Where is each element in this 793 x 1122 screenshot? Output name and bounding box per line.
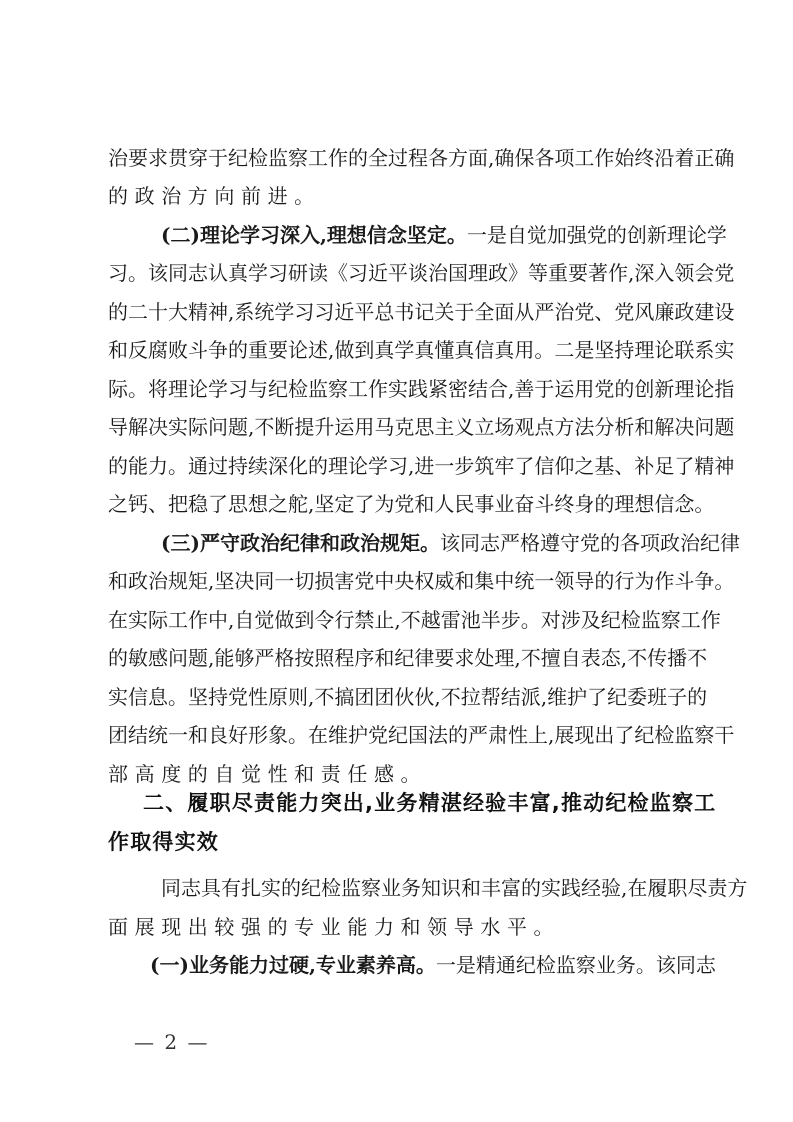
paragraph-line: 治要求贯穿于纪检监察工作的全过程各方面,确保各项工作始终沿着正确 <box>108 139 696 177</box>
paragraph-line: 的二十大精神,系统学习习近平总书记关于全面从严治党、党风廉政建设 <box>108 293 696 331</box>
paragraph-line: (二)理论学习深入,理想信念坚定。一是自觉加强党的创新理论学 <box>161 216 696 254</box>
section-heading-text-continued: 作取得实效 <box>108 823 219 861</box>
section-heading-line-2: 作取得实效 <box>108 823 696 861</box>
paragraph-line: 面展现出较强的专业能力和领导水平。 <box>108 908 696 946</box>
paragraph-line: 团结统一和良好形象。在维护党纪国法的严肃性上,展现出了纪检监察干 <box>108 716 696 754</box>
paragraph-line: 在实际工作中,自觉做到令行禁止,不越雷池半步。对涉及纪检监察工作 <box>108 601 696 639</box>
paragraph-line: (三)严守政治纪律和政治规矩。该同志严格遵守党的各项政治纪律 <box>161 524 696 562</box>
paragraph-line: 实信息。坚持党性原则,不搞团团伙伙,不拉帮结派,维护了纪委班子的 <box>108 678 696 716</box>
paragraph-line: 的敏感问题,能够严格按照程序和纪律要求处理,不擅自表态,不传播不 <box>108 639 696 677</box>
paragraph-line: 习。该同志认真学习研读《习近平谈治国理政》等重要著作,深入领会党 <box>108 254 696 292</box>
page-number: — 2 — <box>134 1030 209 1054</box>
paragraph-line: 的政治方向前进。 <box>108 177 696 215</box>
paragraph-line: 之钙、把稳了思想之舵,坚定了为党和人民事业奋斗终身的理想信念。 <box>108 485 696 523</box>
section-heading-text: 二、履职尽责能力突出,业务精湛经验丰富,推动纪检监察工 <box>143 784 716 822</box>
paragraph-line: 的能力。通过持续深化的理论学习,进一步筑牢了信仰之基、补足了精神 <box>108 447 696 485</box>
document-page: 治要求贯穿于纪检监察工作的全过程各方面,确保各项工作始终沿着正确的政治方向前进。… <box>0 0 793 1122</box>
paragraph-line: 同志具有扎实的纪检监察业务知识和丰富的实践经验,在履职尽责方 <box>161 869 696 907</box>
paragraph-line: 导解决实际问题,不断提升运用马克思主义立场观点方法分析和解决问题 <box>108 408 696 446</box>
paragraph-line: 和反腐败斗争的重要论述,做到真学真懂真信真用。二是坚持理论联系实 <box>108 331 696 369</box>
paragraph-line: 和政治规矩,坚决同一切损害党中央权威和集中统一领导的行为作斗争。 <box>108 562 696 600</box>
section-heading-line-1: 二、履职尽责能力突出,业务精湛经验丰富,推动纪检监察工 <box>143 784 696 822</box>
paragraph-line: 际。将理论学习与纪检监察工作实践紧密结合,善于运用党的创新理论指 <box>108 370 696 408</box>
paragraph-line: (一)业务能力过硬,专业素养高。一是精通纪检监察业务。该同志 <box>150 946 696 984</box>
